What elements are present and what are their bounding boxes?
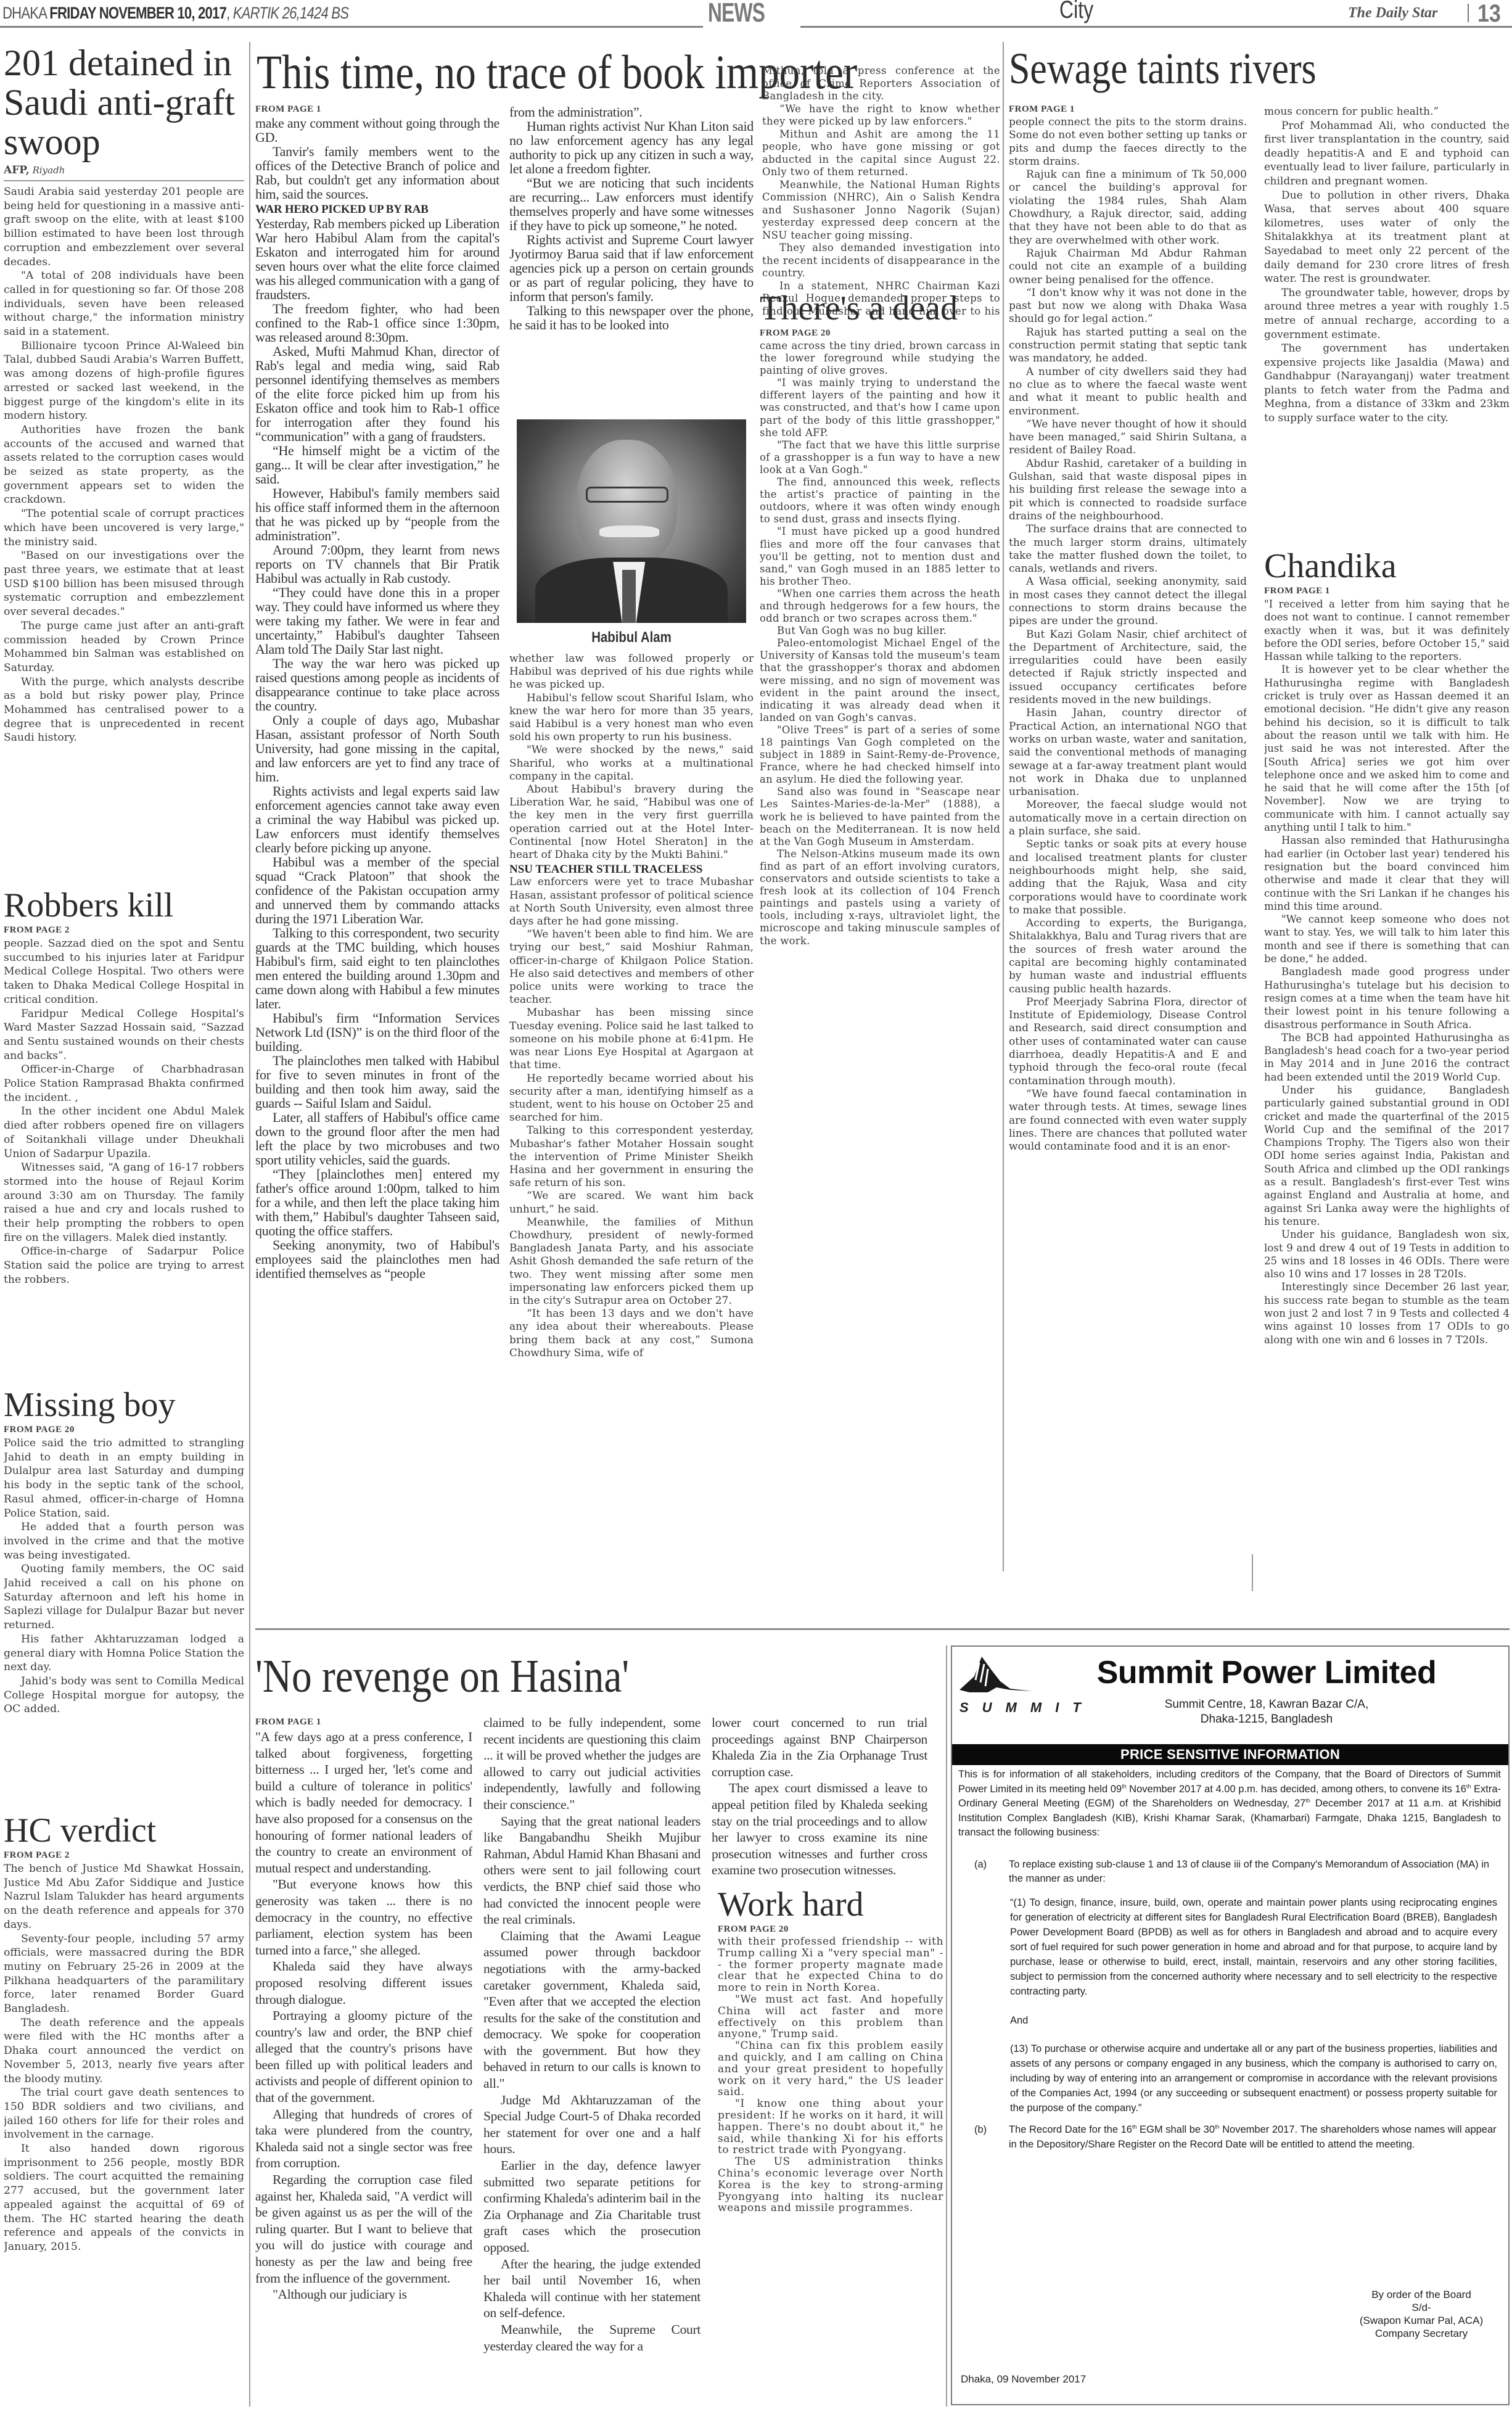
paragraph: Seventy-four people, including 57 army o… [4,1932,244,2016]
jump-label: FROM PAGE 20 [760,328,1000,339]
paragraph: "I must have picked up a good hundred fl… [760,525,1000,587]
paragraph: Prof Meerjady Sabrina Flora, director of… [1009,996,1247,1088]
paragraph: "A total of 208 individuals have been ca… [4,269,244,339]
paragraph: "I know one thing about your president: … [718,2098,943,2156]
paragraph: Talking to this correspondent yesterday,… [509,1124,754,1190]
paragraph: It also handed down rigorous imprisonmen… [4,2142,244,2254]
article-body: make any comment without going through t… [255,116,499,1280]
paragraph: He added that a fourth person was involv… [4,1520,244,1562]
paragraph: with their professed friendship -- with … [718,1936,943,1994]
paragraph: "I was mainly trying to understand the d… [760,377,1000,439]
hasina-col-2: claimed to be fully independent, some re… [483,1715,701,2407]
paragraph: people. Sazzad died on the spot and Sent… [4,937,244,1007]
paragraph: "Although our judiciary is [255,2286,472,2303]
paragraph: whether law was followed properly or Hab… [509,653,754,692]
paragraph: Septic tanks or soak pits at every house… [1009,838,1247,917]
paragraph: The trial court gave death sentences to … [4,2086,244,2142]
paragraph: Rights activist and Supreme Court lawyer… [509,233,754,303]
paragraph: Saudi Arabia said yesterday 201 people a… [4,185,244,269]
article-body: with their professed friendship -- with … [718,1936,943,2214]
sewage-col-1: FROM PAGE 1 people connect the pits to t… [1009,102,1247,1588]
article-theres-a-dead: There's a dead FROM PAGE 20 came across … [760,290,1000,1570]
article-robbers: Robbers kill FROM PAGE 2 people. Sazzad … [4,888,244,1382]
paragraph: “But we are noticing that such incidents… [509,176,754,233]
paragraph: Interestingly since December 26 last yea… [1264,1280,1510,1346]
brand-logo: The Daily Star [1348,5,1437,22]
hasina-col-3: lower court concerned to run trial proce… [712,1715,927,1881]
paragraph: "When one carries them across the heath … [760,588,1000,625]
paragraph: The freedom fighter, who had been confin… [255,302,499,344]
paragraph: Abdur Rashid, caretaker of a building in… [1009,458,1247,523]
paragraph: lower court concerned to run trial proce… [712,1715,927,1780]
paragraph: make any comment without going through t… [255,116,499,144]
paragraph: Paleo-entomologist Michael Engel of the … [760,637,1000,724]
paragraph: “He himself might be a victim of the gan… [255,443,499,486]
paragraph: In the other incident one Abdul Malek di… [4,1105,244,1161]
article-body: people. Sazzad died on the spot and Sent… [4,937,244,1287]
paragraph: Under his guidance, Bangladesh particula… [1264,1084,1510,1228]
jump-label: FROM PAGE 2 [4,925,244,936]
paragraph: Jahid's body was sent to Comilla Medical… [4,1674,244,1716]
jump-label: FROM PAGE 20 [718,1924,943,1935]
paragraph: Alleging that hundreds of crores of taka… [255,2106,472,2172]
paragraph: They also demanded investigation into th… [762,242,1000,280]
article-body: people connect the pits to the storm dra… [1009,116,1247,1153]
photo-caption: Habibul Alam [534,629,729,646]
headline: 201 detained in Saudi anti-graft swoop [4,43,244,162]
subheading: NSU TEACHER STILL TRACELESS [509,863,754,876]
paragraph: "Based on our investigations over the pa… [4,549,244,619]
paragraph: But Van Gogh was no bug killer. [760,625,1000,637]
article-body: The bench of Justice Md Shawkat Hossain,… [4,1862,244,2254]
paragraph: The US administration thinks China's eco… [718,2156,943,2214]
article-hc-verdict: HC verdict FROM PAGE 2 The bench of Just… [4,1813,244,2405]
paragraph: Mithun and Ashit are among the 11 people… [762,128,1000,179]
paragraph: The plainclothes men talked with Habibul… [255,1053,499,1110]
paragraph: The Nelson-Atkins museum made its own fi… [760,848,1000,947]
paragraph: "I received a letter from him saying tha… [1264,598,1510,663]
masthead-rule-left [0,26,703,28]
article-body: mous concern for public health.”Prof Moh… [1264,105,1510,426]
paragraph: Khaleda said they have always proposed r… [255,1958,472,2007]
paragraph: Tanvir's family members went to the offi… [255,144,499,201]
paragraph: mous concern for public health.” [1264,105,1510,119]
paragraph: “We haven't been able to find him. We ar… [509,928,754,1007]
article-body: Mithun, told a press conference at the o… [762,65,1000,318]
paragraph: Habibul was a member of the special squa… [255,855,499,926]
paragraph: “We are scared. We want him back unhurt,… [509,1190,754,1216]
headline: There's a dead [760,291,1000,326]
paragraph: "Olive Trees" is part of a series of som… [760,724,1000,786]
paragraph: The groundwater table, however, drops by… [1264,286,1510,342]
article-saudi: 201 detained in Saudi anti-graft swoop A… [4,43,244,907]
book-importer-col-3: Mithun, told a press conference at the o… [762,65,1000,318]
agenda-item-a: (a) To replace existing sub-clause 1 and… [958,1858,1501,1887]
article-sewage-headline-wrap: Sewage taints rivers [1009,46,1502,102]
photo-habibul-alam [517,419,746,623]
paragraph: Asked, Mufti Mahmud Khan, director of Ra… [255,344,499,443]
clause-1: “(1) To design, finance, insure, build, … [1010,1895,1497,1999]
paragraph: “It has been 13 days and we don't have a… [509,1307,754,1360]
paragraph: Around 7:00pm, they learnt from news rep… [255,543,499,585]
article-work-hard: Work hard FROM PAGE 20 with their profes… [718,1887,943,2407]
section-divider [255,1628,1510,1630]
paragraph: Seeking anonymity, two of Habibul's empl… [255,1238,499,1280]
paragraph: Human rights activist Nur Khan Liton sai… [509,119,754,176]
notice-intro: This is for information of all stakehold… [958,1768,1501,1840]
article-missing-boy: Missing boy FROM PAGE 20 Police said the… [4,1388,244,1795]
paragraph: The government has undertaken expensive … [1264,342,1510,426]
paragraph: claimed to be fully independent, some re… [483,1715,701,1813]
paragraph: Sand also was found in "Seascape near Le… [760,786,1000,847]
paragraph: Law enforcers were yet to trace Mubashar… [509,876,754,928]
paragraph: Rights activists and legal experts said … [255,784,499,855]
column-divider [249,42,250,2407]
agenda-item-b: (b) The Record Date for the 16th EGM sha… [958,2123,1501,2152]
paragraph: Talking to this correspondent, two secur… [255,926,499,1011]
article-body: "I received a letter from him saying tha… [1264,598,1510,1346]
jump-label: FROM PAGE 20 [4,1425,244,1435]
company-address: Summit Centre, 18, Kawran Bazar C/A, Dha… [1038,1697,1495,1727]
masthead-rule-right [800,26,1512,28]
subheading: WAR HERO PICKED UP BY RAB [255,202,499,216]
paragraph: Rajuk Chairman Md Abdur Rahman could not… [1009,247,1247,287]
masthead-divider [1468,4,1469,22]
paragraph: Meanwhile, the Supreme Court yesterday c… [483,2321,701,2354]
paragraph: “We have the right to know whether they … [762,103,1000,128]
article-body: came across the tiny dried, brown carcas… [760,340,1000,947]
article-body: whether law was followed properly or Hab… [509,653,754,1360]
paragraph: Quoting family members, the OC said Jahi… [4,1562,244,1633]
paragraph: With the purge, which analysts describe … [4,675,244,746]
article-hasina-headline-wrap: 'No revenge on Hasina' [255,1653,940,1708]
jump-label: FROM PAGE 2 [4,1850,244,1861]
article-body: lower court concerned to run trial proce… [712,1715,927,1879]
paragraph: About Habibul's bravery during the Liber… [509,783,754,862]
page-number: 13 [1477,0,1501,28]
paragraph: It is however yet to be clear whether th… [1264,663,1510,834]
jump-label: FROM PAGE 1 [255,104,499,115]
paragraph: Moreover, the faecal sludge would not au… [1009,799,1247,838]
headline: Sewage taints rivers [1009,46,1317,91]
paragraph: The surface drains that are connected to… [1009,523,1247,575]
byline-rule [4,180,244,181]
issue-date: DHAKA FRIDAY NOVEMBER 10, 2017, KARTIK 2… [2,4,348,23]
paragraph: According to experts, the Buriganga, Shi… [1009,917,1247,996]
paragraph: “They could have done this in a proper w… [255,585,499,656]
paragraph: Rajuk can fine a minimum of Tk 50,000 or… [1009,168,1247,247]
paragraph: from the administration”. [509,105,754,119]
paragraph: Earlier in the day, defence lawyer submi… [483,2157,701,2256]
clause-13: (13) To purchase or otherwise acquire an… [1010,2041,1497,2115]
price-sensitive-banner: PRICE SENSITIVE INFORMATION [952,1744,1508,1765]
address-line-2: Dhaka-1215, Bangladesh [1038,1712,1495,1727]
headline: HC verdict [4,1813,244,1848]
paragraph: Meanwhile, the families of Mithun Chowdh… [509,1216,754,1307]
paragraph: He reportedly became worried about his s… [509,1073,754,1125]
hasina-col-1: FROM PAGE 1 "A few days ago at a press c… [255,1715,472,2407]
paragraph: Police said the trio admitted to strangl… [4,1436,244,1520]
jump-label: FROM PAGE 1 [255,1717,472,1727]
paragraph: Mubashar has been missing since Tuesday … [509,1007,754,1072]
paragraph: Officer-in-Charge of Charbhadrasan Polic… [4,1063,244,1105]
paragraph: Only a couple of days ago, Mubashar Hasa… [255,713,499,784]
paragraph: “We have found faecal contamination in w… [1009,1088,1247,1153]
paragraph: "We cannot keep someone who does not wan… [1264,913,1510,965]
paragraph: The way the war hero was picked up raise… [255,656,499,713]
paragraph: Habibul's firm “Information Services Net… [255,1011,499,1053]
paragraph: Prof Mohammad Ali, who conducted the fir… [1264,119,1510,189]
headline: Robbers kill [4,888,244,923]
paragraph: The apex court dismissed a leave to appe… [712,1780,927,1879]
article-body: from the administration”.Human rights ac… [509,105,754,332]
paragraph: Due to pollution in other rivers, Dhaka … [1264,189,1510,286]
paragraph: "The potential scale of corrupt practice… [4,507,244,549]
paragraph: A number of city dwellers said they had … [1009,366,1247,418]
paragraph: Portraying a gloomy picture of the count… [255,2007,472,2106]
paragraph: “I don't know why it was not done in the… [1009,287,1247,326]
headline: Chandika [1264,549,1510,583]
paragraph: Saying that the great national leaders l… [483,1813,701,1928]
paragraph: Judge Md Akhtaruzzaman of the Special Ju… [483,2092,701,2157]
paragraph: The BCB had appointed Hathurusingha as B… [1264,1031,1510,1084]
and-label: And [1010,2014,1501,2028]
page-masthead: DHAKA FRIDAY NOVEMBER 10, 2017, KARTIK 2… [0,0,1512,30]
signature-block: By order of the Board S/d- (Swapon Kumar… [1350,2288,1492,2340]
article-body: Police said the trio admitted to strangl… [4,1436,244,1716]
notice-body: This is for information of all stakehold… [958,1768,1501,2152]
paragraph: His father Akhtaruzzaman lodged a genera… [4,1633,244,1674]
summit-power-ad: SUMMIT Summit Power Limited Summit Centr… [951,1645,1510,2405]
paragraph: “We have never thought of how it should … [1009,418,1247,458]
paragraph: "We were shocked by the news," said Shar… [509,744,754,783]
byline: AFP, Riyadh [4,164,244,176]
paragraph: Rajuk has started putting a seal on the … [1009,326,1247,366]
paragraph: Later, all staffers of Habibul's office … [255,1110,499,1167]
paragraph: Office-in-charge of Sadarpur Police Stat… [4,1245,244,1287]
book-importer-col-2-bottom: whether law was followed properly or Hab… [509,653,754,1567]
column-divider [1252,1554,1253,1591]
paragraph: Habibul's fellow scout Shariful Islam, w… [509,692,754,744]
paragraph: Authorities have frozen the bank account… [4,423,244,507]
paragraph: "A few days ago at a press conference, I… [255,1729,472,1876]
paragraph: Hasin Jahan, country director of Practic… [1009,707,1247,799]
paragraph: Faridpur Medical College Hospital's Ward… [4,1007,244,1063]
jump-label: FROM PAGE 1 [1009,104,1247,115]
paragraph: The bench of Justice Md Shawkat Hossain,… [4,1862,244,1932]
paragraph: Billionaire tycoon Prince Al-Waleed bin … [4,339,244,423]
section-label: NEWS [708,0,765,28]
headline: Work hard [718,1887,943,1922]
subsection-label: City [1059,0,1093,24]
article-chandika: Chandika FROM PAGE 1 "I received a lette… [1264,549,1510,1597]
paragraph: The find, announced this week, reflects … [760,476,1000,525]
address-line-1: Summit Centre, 18, Kawran Bazar C/A, [1038,1697,1495,1712]
book-importer-col-2-top: from the administration”.Human rights ac… [509,105,754,382]
paragraph: The purge came just after an anti-graft … [4,619,244,675]
paragraph: Meanwhile, the National Human Rights Com… [762,179,1000,242]
sewage-col-2: mous concern for public health.”Prof Moh… [1264,105,1510,487]
paragraph: Yesterday, Rab members picked up Liberat… [255,216,499,302]
paragraph: After the hearing, the judge extended he… [483,2256,701,2321]
book-importer-col-1: FROM PAGE 1 make any comment without goi… [255,102,499,1567]
paragraph: "The fact that we have this little surpr… [760,439,1000,476]
article-body: "A few days ago at a press conference, I… [255,1729,472,2303]
paragraph: But Kazi Golam Nasir, chief architect of… [1009,628,1247,707]
paragraph: Witnesses said, “A gang of 16-17 robbers… [4,1161,244,1245]
paragraph: Mithun, told a press conference at the o… [762,65,1000,103]
paragraph: people connect the pits to the storm dra… [1009,116,1247,168]
paragraph: Regarding the corruption case filed agai… [255,2172,472,2286]
paragraph: Bangladesh made good progress under Hath… [1264,965,1510,1031]
paragraph: "China can fix this problem easily and q… [718,2040,943,2098]
paragraph: came across the tiny dried, brown carcas… [760,340,1000,377]
paragraph: The death reference and the appeals were… [4,2016,244,2086]
column-divider [1003,42,1004,1571]
company-name: Summit Power Limited [1038,1654,1495,1691]
paragraph: A Wasa official, seeking anonymity, said… [1009,575,1247,628]
article-body: Saudi Arabia said yesterday 201 people a… [4,185,244,745]
paragraph: Talking to this newspaper over the phone… [509,303,754,332]
paragraph: Claiming that the Awami League assumed p… [483,1928,701,2092]
paragraph: "But everyone knows how this generosity … [255,1876,472,1958]
jump-label: FROM PAGE 1 [1264,586,1510,596]
article-body: claimed to be fully independent, some re… [483,1715,701,2354]
headline: Missing boy [4,1388,244,1422]
paragraph: “They [plainclothes men] entered my fath… [255,1167,499,1238]
paragraph: However, Habibul's family members said h… [255,486,499,543]
place-and-date: Dhaka, 09 November 2017 [961,2373,1086,2386]
headline: 'No revenge on Hasina' [255,1653,629,1700]
paragraph: Under his guidance, Bangladesh won six, … [1264,1228,1510,1280]
column-divider [946,1645,947,2407]
paragraph: "We must act fast. And hopefully China w… [718,1994,943,2040]
paragraph: Hassan also reminded that Hathurusingha … [1264,834,1510,913]
